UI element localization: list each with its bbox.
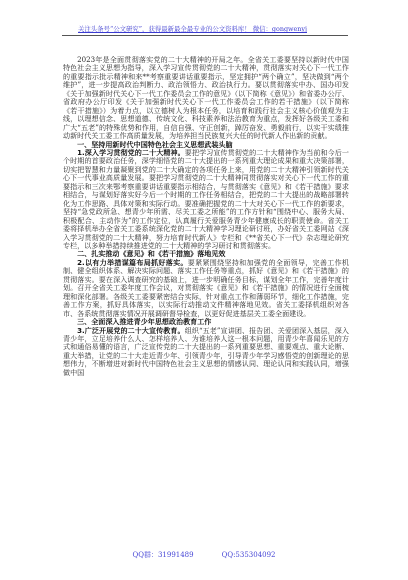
qq-number: QQ:535304092 [222, 551, 276, 559]
intro-paragraph: 2023年是全面贯彻落实党的二十大精神的开局之年。全省关工委要坚持以新时代中国特… [63, 56, 349, 141]
document-body: 2023年是全面贯彻落实党的二十大精神的开局之年。全省关工委要坚持以新时代中国特… [63, 56, 349, 377]
promo-link[interactable]: 关注头条号“公文研究”，获得最新最全最专业的公文资料库！ 微信：gongweny… [78, 25, 307, 33]
item-text: 要紧紧围绕坚持和加强党的全面领导，完善工作机制、健全组织体系、解决实际问题、落实… [63, 258, 349, 318]
promo-header: 关注头条号“公文研究”，获得最新最全最专业的公文资料库！ 微信：gongweny… [62, 24, 348, 36]
section-1-item-1: 1.深入学习贯彻党的二十大精神。要把学习宣传贯彻党的二十大精神作为当前和今后一个… [63, 149, 349, 250]
item-text: 组织“五老”宣讲团、报告团、关爱团深入基层，深入青少年，立足培养什么人、怎样培养… [63, 326, 349, 377]
item-text: 要把学习宣传贯彻党的二十大精神作为当前和今后一个时期的首要政治任务，深学细悟党的… [63, 148, 349, 250]
section-3-item-1: 3.广泛开展党的二十大宣传教育。组织“五老”宣讲团、报告团、关爱团深入基层，深入… [63, 327, 349, 378]
section-2-item-1: 2.以有力举措谋篇布局抓好落实。要紧紧围绕坚持和加强党的全面领导，完善工作机制、… [63, 259, 349, 318]
contact-footer: QQ群：31991489QQ:535304092 [0, 550, 408, 560]
qq-group: QQ群：31991489 [132, 551, 193, 559]
